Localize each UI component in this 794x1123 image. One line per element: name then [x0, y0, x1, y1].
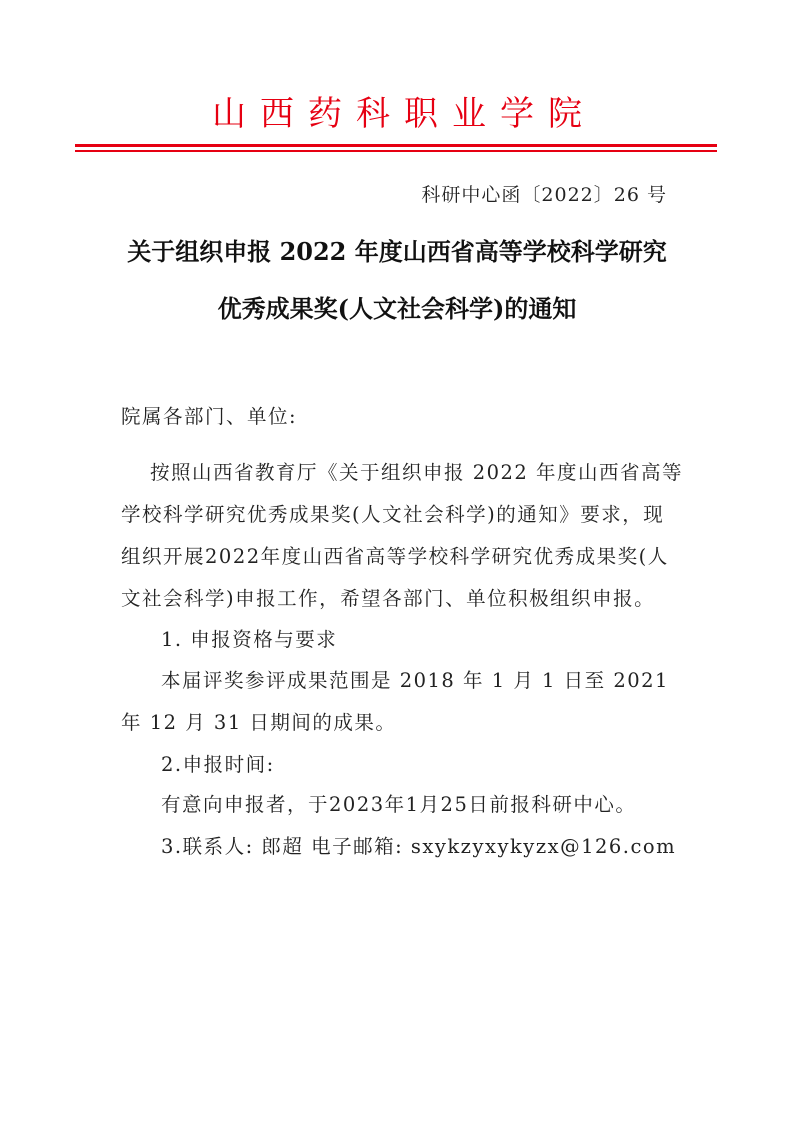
- paragraph-line: 组织开展2022年度山西省高等学校科学研究优秀成果奖(人: [121, 542, 676, 572]
- section-1-heading: 1. 申报资格与要求: [161, 625, 716, 655]
- document-title-line-1: 关于组织申报 2022 年度山西省高等学校科学研究: [0, 232, 794, 267]
- section-2-heading: 2.申报时间:: [161, 750, 716, 780]
- document-number: 科研中心函〔2022〕26 号: [421, 180, 667, 207]
- section-1-line: 本届评奖参评成果范围是 2018 年 1 月 1 日至 2021: [161, 666, 716, 696]
- section-2-text: 有意向申报者，于2023年1月25日前报科研中心。: [161, 790, 716, 820]
- section-1-line: 年 12 月 31 日期间的成果。: [121, 708, 676, 738]
- document-page: 山西药科职业学院 科研中心函〔2022〕26 号 关于组织申报 2022 年度山…: [0, 0, 794, 1123]
- paragraph-line: 按照山西省教育厅《关于组织申报 2022 年度山西省高等: [150, 458, 705, 488]
- salutation: 院属各部门、单位:: [121, 402, 676, 432]
- document-title-line-2: 优秀成果奖(人文社会科学)的通知: [0, 289, 794, 324]
- organization-header: 山西药科职业学院: [0, 92, 794, 136]
- paragraph-line: 文社会科学)申报工作，希望各部门、单位积极组织申报。: [121, 584, 676, 614]
- header-rule-thin: [75, 150, 717, 152]
- paragraph-line: 学校科学研究优秀成果奖(人文社会科学)的通知》要求，现: [121, 500, 676, 530]
- section-3-contact: 3.联系人: 郎超 电子邮箱: sxykzyxykyzx@126.com: [161, 832, 716, 862]
- header-rule-thick: [75, 144, 717, 147]
